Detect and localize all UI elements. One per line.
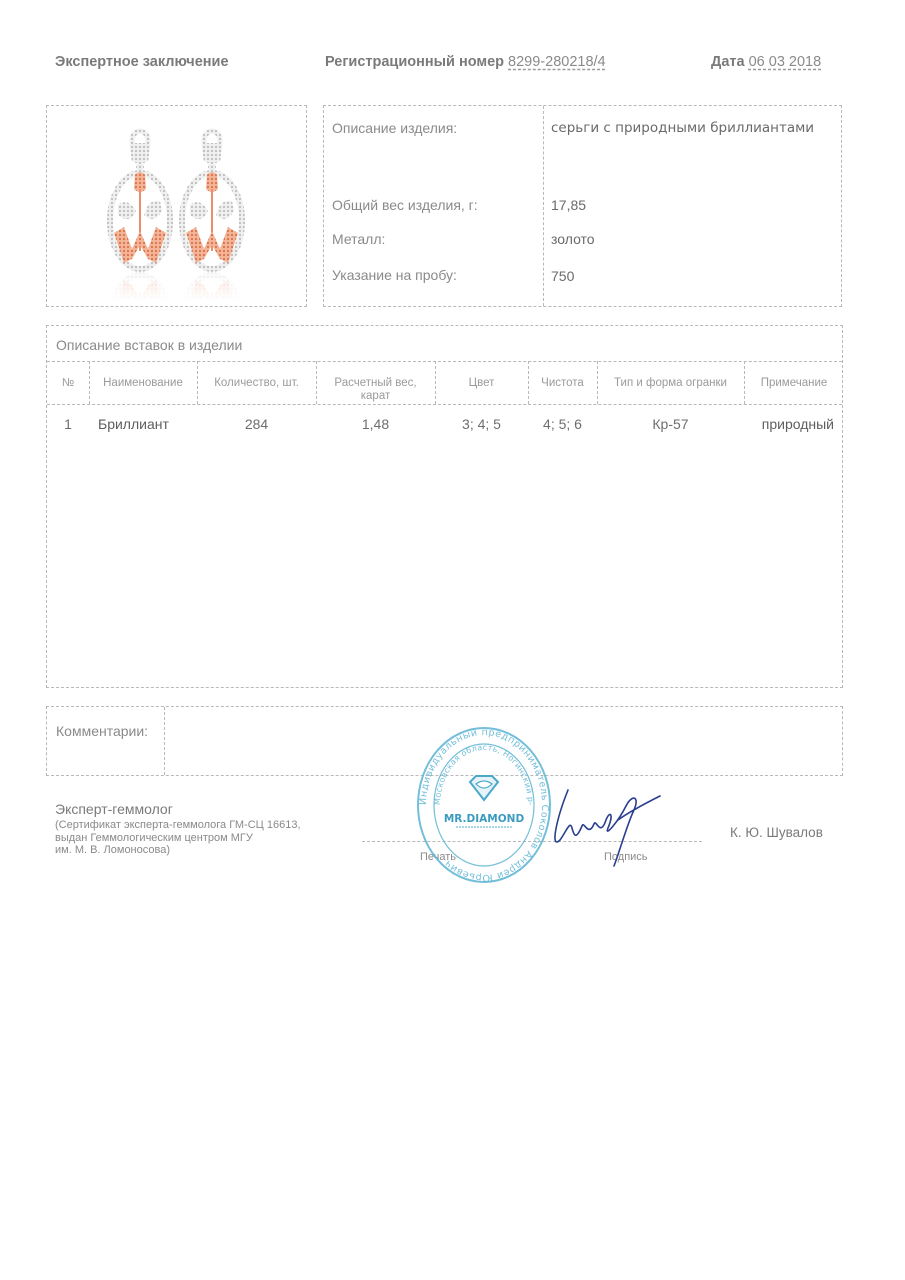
registration-value: 8299-280218/4 (508, 54, 606, 70)
cell-clarity: 4; 5; 6 (528, 416, 597, 432)
date-label: Дата (711, 54, 745, 70)
handwritten-signature-icon (548, 780, 668, 870)
column-header-name: Наименование (89, 362, 197, 404)
item-info-panel: Описание изделия: серьги с природными бр… (323, 105, 842, 307)
metal-label: Металл: (332, 231, 385, 247)
item-description-value: серьги с природными бриллиантами (551, 120, 814, 136)
product-photo-frame (46, 105, 307, 307)
document-date: Дата 06 03 2018 (711, 54, 821, 70)
header-divider (47, 404, 842, 405)
inserts-title: Описание вставок в изделии (56, 337, 242, 353)
cell-number: 1 (47, 416, 89, 432)
column-header-clarity: Чистота (528, 362, 597, 404)
certificate-line: выдан Геммологическим центром МГУ (55, 832, 355, 845)
svg-text:MR.DIAMOND: MR.DIAMOND (444, 813, 525, 825)
item-description-label: Описание изделия: (332, 120, 457, 136)
date-value: 06 03 2018 (749, 54, 822, 70)
certificate-line: (Сертификат эксперта-геммолога ГМ-СЦ 166… (55, 819, 355, 832)
comments-divider (164, 707, 165, 775)
expert-title: Эксперт-геммолог (55, 801, 173, 817)
column-header-number: № (47, 362, 89, 404)
company-stamp-icon: Индивидуальный предприниматель Соколов А… (416, 726, 552, 884)
cell-cut: Кр-57 (597, 416, 744, 432)
diamond-logo-icon (470, 776, 498, 800)
total-weight-label: Общий вес изделия, г: (332, 197, 478, 213)
cell-quantity: 284 (197, 416, 316, 432)
comments-label: Комментарии: (56, 723, 148, 739)
hallmark-value: 750 (551, 268, 574, 284)
column-header-weight: Расчетный вес, карат (316, 362, 435, 404)
document-title: Экспертное заключение (55, 54, 229, 70)
expert-certificate: (Сертификат эксперта-геммолога ГМ-СЦ 166… (55, 819, 355, 857)
certificate-line: им. М. В. Ломоносова) (55, 844, 355, 857)
column-header-color: Цвет (435, 362, 528, 404)
cell-color: 3; 4; 5 (435, 416, 528, 432)
column-header-quantity: Количество, шт. (197, 362, 316, 404)
column-header-cut: Тип и форма огранки (597, 362, 744, 404)
registration-label: Регистрационный номер (325, 54, 504, 70)
info-divider (543, 106, 544, 306)
total-weight-value: 17,85 (551, 197, 586, 213)
earrings-photo (102, 121, 252, 301)
column-header-note: Примечание (744, 362, 844, 404)
cell-note: природный (744, 416, 834, 432)
hallmark-label: Указание на пробу: (332, 267, 457, 283)
metal-value: золото (551, 231, 595, 247)
expert-name: К. Ю. Шувалов (730, 825, 823, 840)
inserts-table: Описание вставок в изделии № Наименовани… (46, 325, 843, 688)
registration-number: Регистрационный номер 8299-280218/4 (325, 54, 606, 70)
cell-name: Бриллиант (98, 416, 169, 432)
cell-weight: 1,48 (316, 416, 435, 432)
